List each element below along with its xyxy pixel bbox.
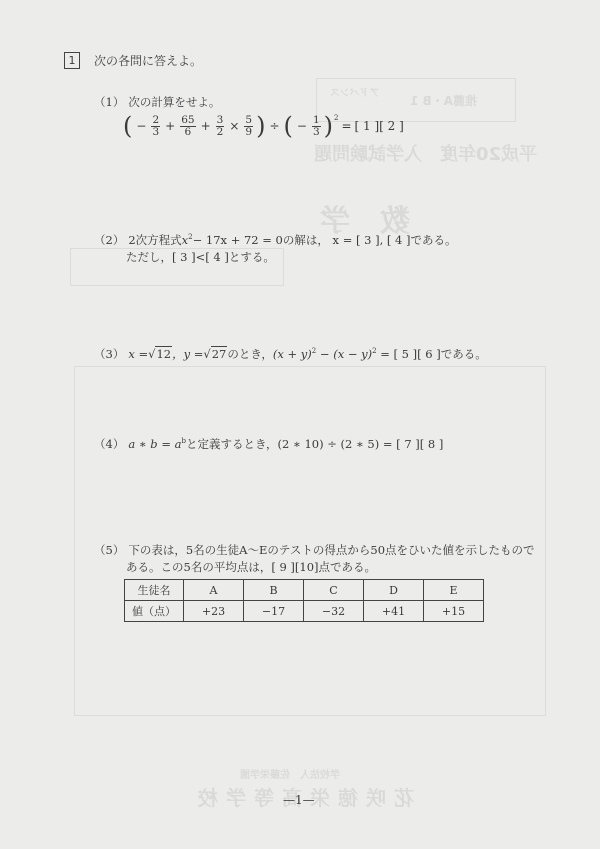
subquestion-5: （5）下の表は，5名の生徒A〜Eのテストの得点から50点をひいた値を示したもので [94,542,535,558]
fraction: 656 [180,115,195,138]
subquestion-1: （1）次の計算をせよ。 [94,94,220,110]
answer-blanks-7-8: と定義するとき，(2 ∗ 10) ÷ (2 ∗ 5) = [ 7 ][ 8 ] [186,437,443,451]
ghost-notice-box [74,366,546,716]
table-row: 値（点） +23 −17 −32 +41 +15 [125,601,484,622]
student-name-cell: C [304,580,364,601]
table-header-cell: 生徒名 [125,580,184,601]
subquestion-1-label: （1） [94,94,124,110]
student-name-cell: A [184,580,244,601]
value-cell: +23 [184,601,244,622]
value-cell: +15 [424,601,484,622]
table-row: 生徒名 A B C D E [125,580,484,601]
student-name-cell: E [424,580,484,601]
student-name-cell: D [364,580,424,601]
student-name-cell: B [244,580,304,601]
question-header: 1 次の各問に答えよ。 [64,52,202,69]
subquestion-4: （4）a ∗ b = abと定義するとき，(2 ∗ 10) ÷ (2 ∗ 5) … [94,436,443,452]
answer-blanks-3-4: x = [ 3 ], [ 4 ]である。 [333,233,457,247]
answer-blanks-1-2: [ 1 ][ 2 ] [355,119,404,133]
fraction: 13 [312,115,321,138]
fraction: 32 [216,115,225,138]
subquestion-1-expression: ( − 23 + 656 + 32 × 59 ) ÷ ( − 13 )2 = [… [122,114,404,138]
answer-blanks-5-6: = [ 5 ][ 6 ]である。 [377,347,487,361]
page-number: —1— [283,793,315,807]
subquestion-3: （3）x =√12，y =√27のとき，(x + y)2 − (x − y)2 … [94,346,487,362]
question-instruction: 次の各問に答えよ。 [94,52,202,69]
ghost-school-small: 学校法人 佐藤栄学園 [240,766,340,781]
subquestion-1-text: 次の計算をせよ。 [128,95,220,109]
score-table: 生徒名 A B C D E 値（点） +23 −17 −32 +41 +15 [124,579,484,622]
fraction: 23 [151,115,160,138]
subquestion-5-line2: ある。この5名の平均点は，[ 9 ][10]点である。 [126,559,376,575]
subquestion-2: （2）2次方程式x2− 17x + 72 = 0の解は， x = [ 3 ], … [94,232,457,248]
table-row-label: 値（点） [125,601,184,622]
ghost-title: 平成20年度 入学試験問題 [314,140,537,166]
ghost-box-text: 推薦A・B 1 [410,92,477,109]
value-cell: −17 [244,601,304,622]
value-cell: −32 [304,601,364,622]
fraction: 59 [244,115,253,138]
value-cell: +41 [364,601,424,622]
exam-page: 推薦A・B 1 アドバンス 平成20年度 入学試験問題 数 学 学校法人 佐藤栄… [0,0,600,849]
subquestion-2-condition: ただし，[ 3 ]<[ 4 ]とする。 [126,249,275,265]
question-number-box: 1 [64,52,80,69]
ghost-box-text2: アドバンス [330,84,380,99]
